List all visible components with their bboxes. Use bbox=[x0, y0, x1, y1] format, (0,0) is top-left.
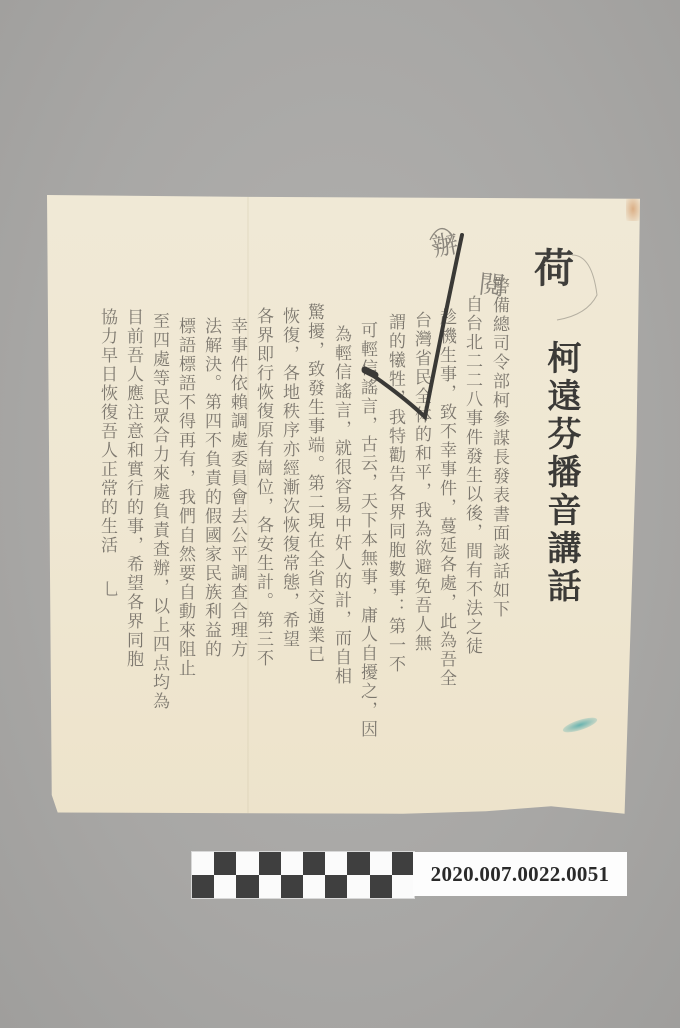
text-column-15: 目前吾人應注意和實行的事，希望各界同胞 bbox=[123, 308, 143, 669]
document-sheet: 荷 柯遠芬播音講話 辦 閱 警備總司令部柯參謀長發表書面談話如下 自台北二二八事… bbox=[47, 195, 640, 820]
end-mark: 乚 bbox=[99, 580, 119, 599]
color-checker-scale-bar bbox=[191, 851, 415, 899]
green-ink-mark bbox=[561, 715, 598, 736]
text-column-9: 恢復，各地秩序亦經漸次恢復常態，希望 bbox=[279, 307, 299, 649]
text-column-16: 協力早日恢復吾人正常的生活 bbox=[97, 308, 117, 555]
text-column-13: 標語標語不得再有，我們自然要自動來阻止 bbox=[175, 317, 195, 678]
text-column-4: 台灣省民全体的和平，我為欲避免吾人無 bbox=[411, 311, 431, 653]
text-column-5: 謂的犧牲，我特勸告各界同胞數事：第一不 bbox=[385, 313, 405, 674]
text-column-2: 自台北二二八事件發生以後，間有不法之徒 bbox=[462, 295, 482, 656]
text-column-7: 為輕信謠言，就很容易中奸人的計，而自相 bbox=[331, 325, 351, 686]
annotation-mark: 荷 bbox=[534, 237, 574, 294]
document-title: 柯遠芬播音講話 bbox=[537, 340, 586, 606]
text-column-12: 法解決。第四不負責的假國家民族利益的 bbox=[201, 317, 221, 659]
text-column-6: 可輕信謠言，古云，天下本無事，庸人自擾之，因 bbox=[357, 321, 377, 739]
text-column-11: 幸事件依賴調處委員會去公平調查合理方 bbox=[227, 317, 247, 659]
accession-number-label: 2020.007.0022.0051 bbox=[413, 852, 627, 896]
text-column-10: 各界即行恢復原有崗位，各安生計。第三不 bbox=[253, 307, 273, 668]
text-column-1: 警備總司令部柯參謀長發表書面談話如下 bbox=[489, 277, 509, 619]
text-column-3: 趁機生事，致不幸事件，蔓延各處，此為吾全 bbox=[436, 308, 456, 688]
paper-fold-line bbox=[247, 195, 249, 820]
pencil-scribble-1: 辦 bbox=[429, 223, 461, 264]
paper-stain bbox=[626, 197, 640, 221]
text-column-8: 驚擾，致發生事端。第二現在全省交通業已 bbox=[304, 303, 324, 664]
text-column-14: 至四處等民眾合力來處負責查辦，以上四点均為 bbox=[149, 312, 169, 711]
